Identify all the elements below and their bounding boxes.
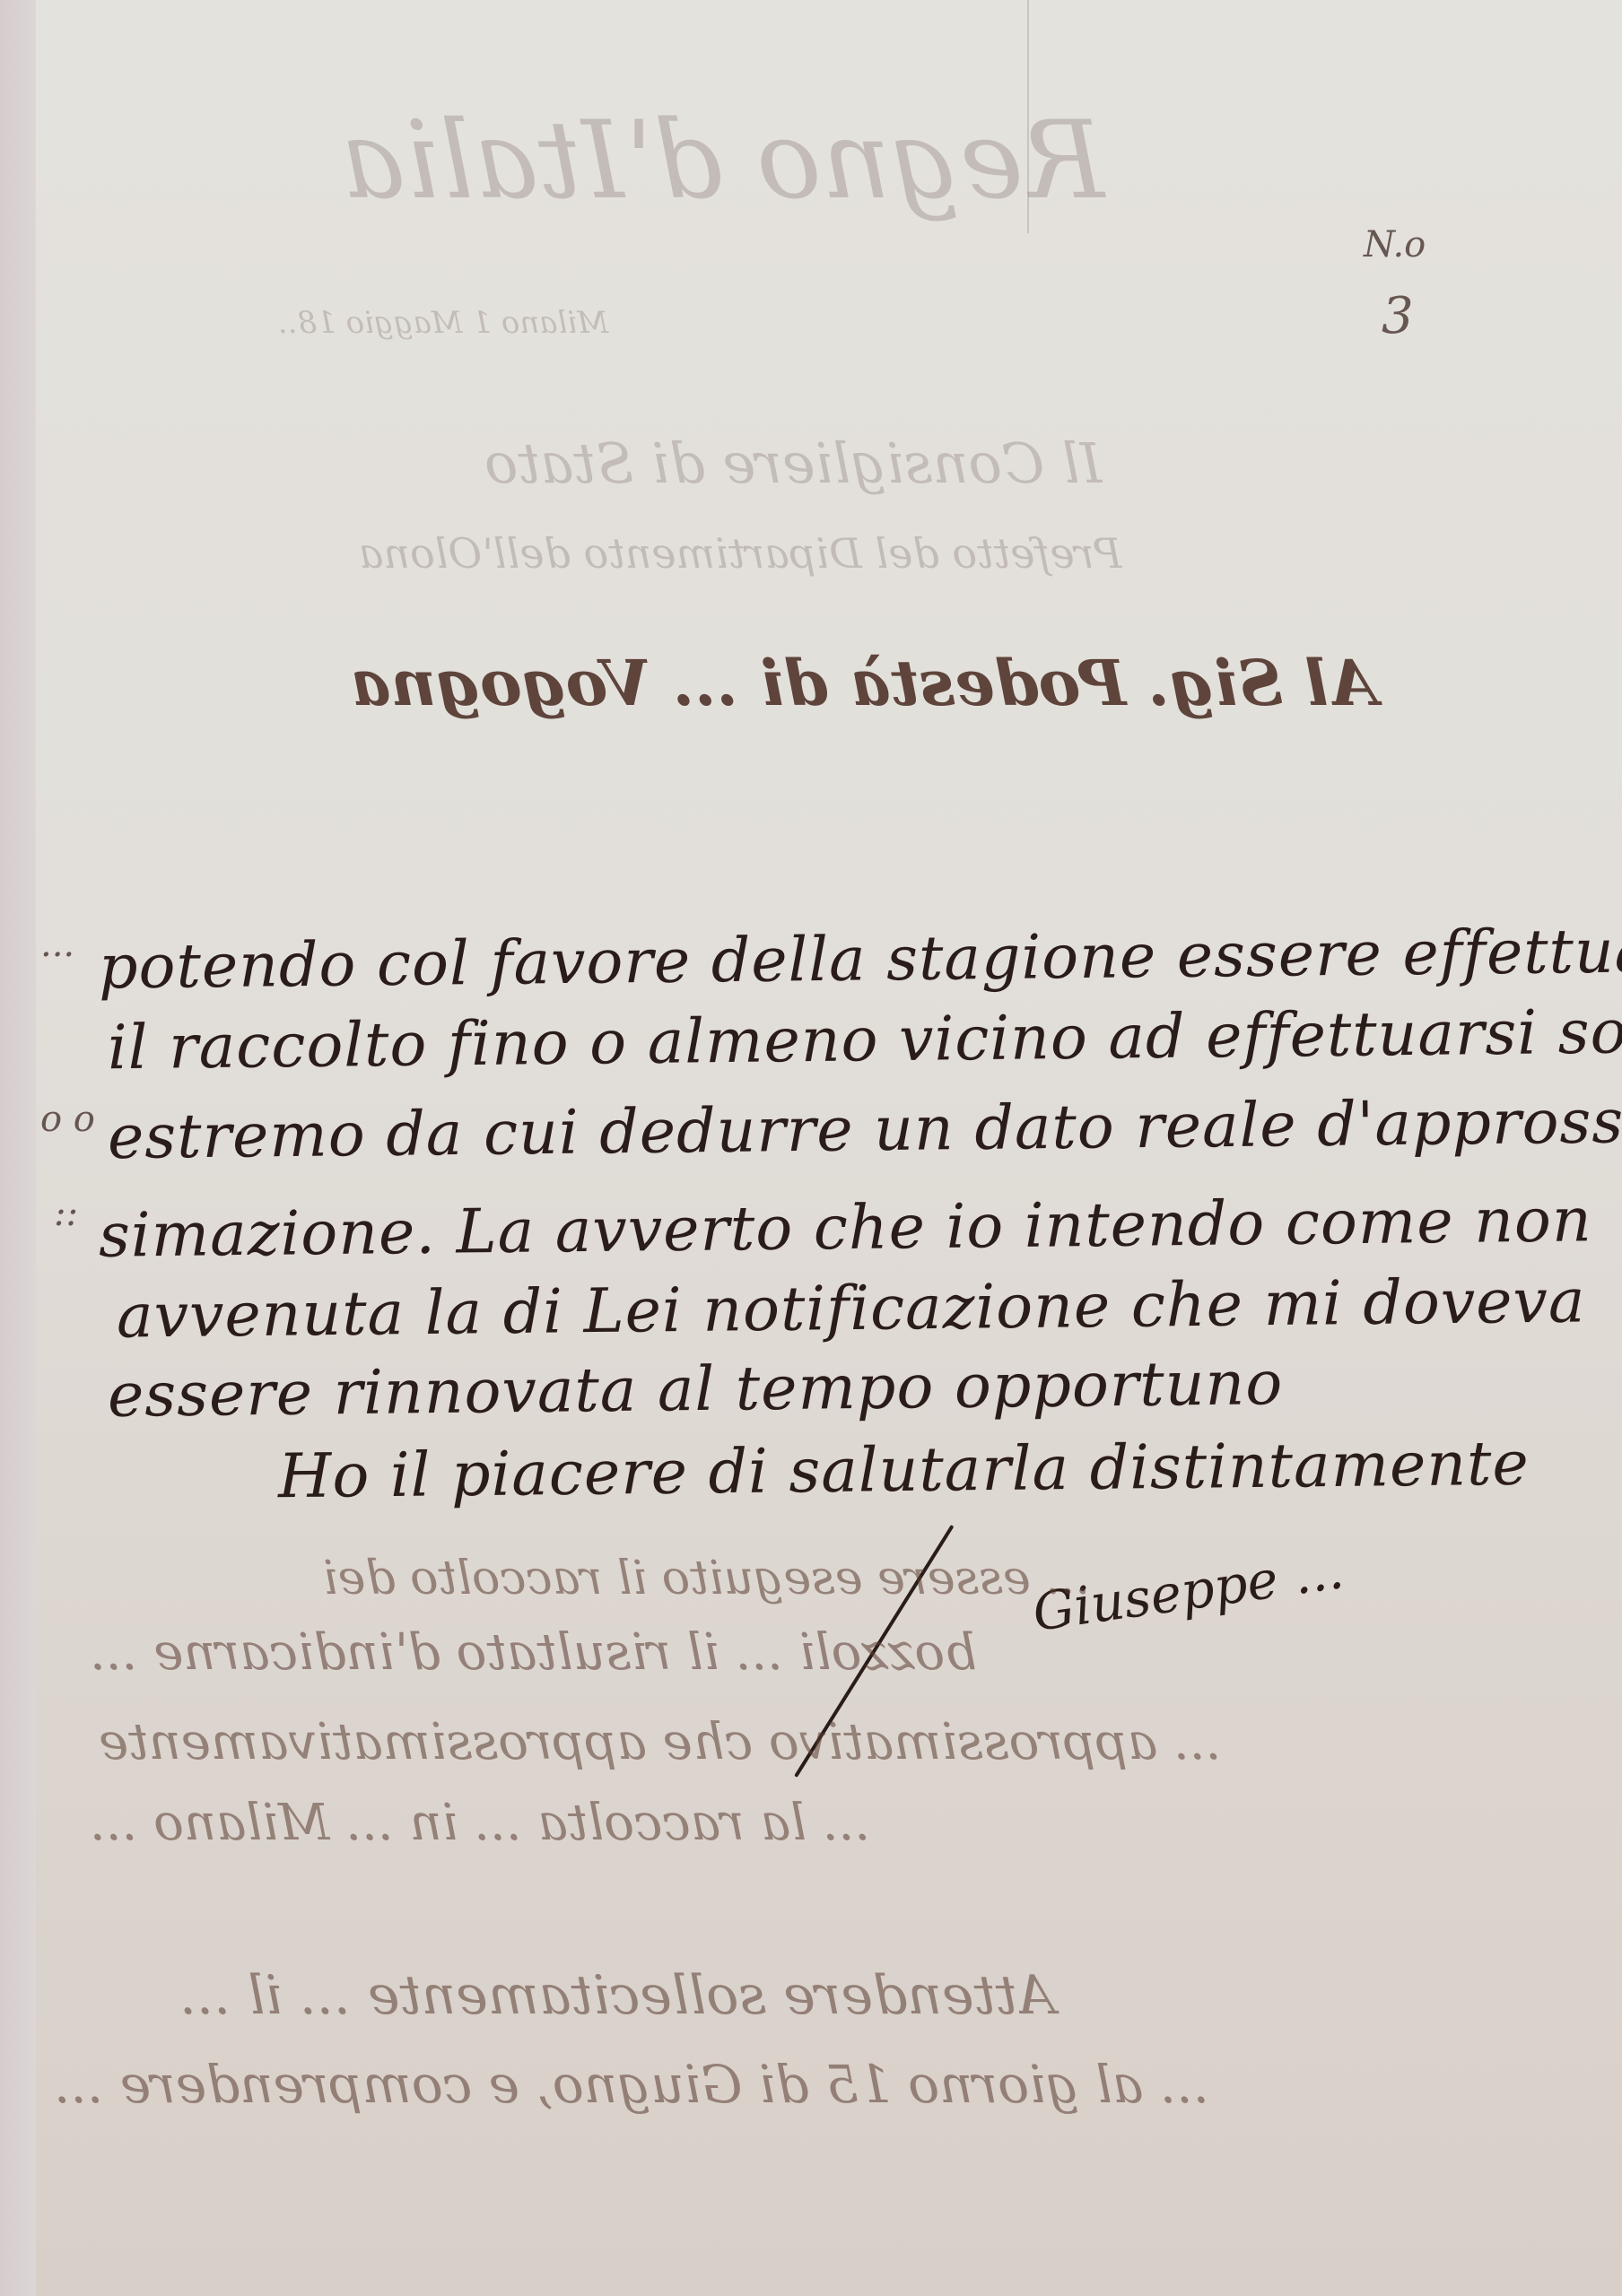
body-line-6: essere rinnovata al tempo opportuno <box>108 1348 1284 1431</box>
margin-mark-1: ... <box>40 924 74 965</box>
bleed-header-prefect: Prefetto del Dipartimento dell'Olona <box>359 529 1122 578</box>
corner-mark-digit: 3 <box>1382 287 1414 345</box>
margin-mark-2: o o <box>40 1099 95 1140</box>
body-line-closing: Ho il piacere di salutarla distintamente <box>278 1429 1530 1513</box>
bleed-header-date: Milano 1 Maggio 18.. <box>278 305 608 341</box>
bleed-reverse-line-1: ... essere eseguito il raccolto dei <box>323 1552 1090 1605</box>
margin-mark-3: :: <box>54 1193 78 1234</box>
scan-edge <box>0 0 36 2296</box>
bleed-addressee: Al Sig. Podestà di ... Vogogna <box>350 646 1377 720</box>
bleed-reverse-line-4: ... la raccolta ... in ... Milano ... <box>90 1794 870 1852</box>
bleed-reverse-line-6: Attendere sollecitamente ... il ... <box>179 1964 1055 2027</box>
corner-mark-number: N.o <box>1364 224 1426 265</box>
bleed-reverse-line-7: ... al giorno 15 di Giugno, e comprender… <box>54 2054 1209 2115</box>
bleed-header-title: Il Consigliere di Stato <box>484 430 1102 496</box>
bleed-reverse-line-3: ... approssimativo che approssimativamen… <box>99 1713 1221 1771</box>
bleed-reverse-line-2: bozzoli ... il risultato d'indicarne ... <box>90 1623 977 1682</box>
bleed-letterhead: Regno d'Italia <box>341 99 1104 223</box>
